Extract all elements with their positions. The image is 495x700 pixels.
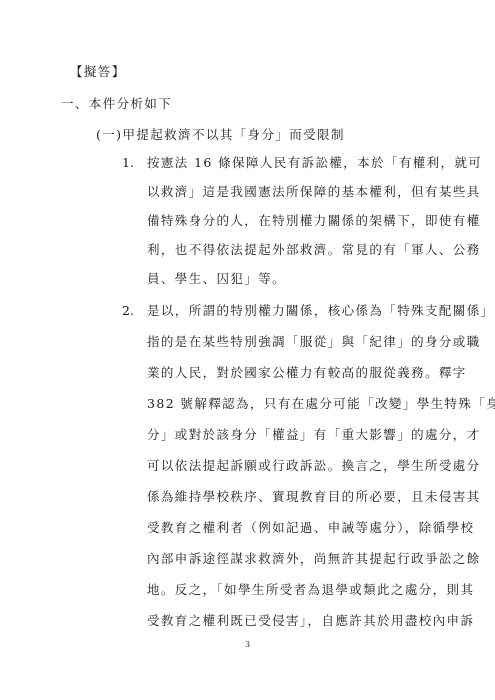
item-number: 2. <box>122 303 134 319</box>
paragraph-line: 地。反之，「如學生所受者為退學或類此之處分，則其 <box>147 582 474 598</box>
paragraph-line: 業的人民，對於國家公權力有較高的服從義務。釋字 <box>147 365 467 381</box>
paragraph-line: 分」或對於該身分「權益」有「重大影響」的處分，才 <box>147 427 481 443</box>
paragraph-line: 以救濟」這是我國憲法所保障的基本權利，但有某些具 <box>147 184 481 200</box>
page-number: 3 <box>245 640 250 650</box>
item-number: 1. <box>122 155 134 171</box>
paragraph-line: 受教育之權利者（例如記過、申誡等處分），除循學校 <box>147 520 474 536</box>
paragraph-line: 按憲法 16 條保障人民有訴訟權，本於「有權利，就可 <box>147 155 482 171</box>
paragraph-line: 受教育之權利既已受侵害」，自應許其於用盡校內申訴 <box>147 613 474 629</box>
section-heading: 一、本件分析如下 <box>61 96 172 112</box>
paragraph-line: 備特殊身分的人，在特別權力關係的架構下，即使有權 <box>147 213 481 229</box>
paragraph-line: 內部申訴途徑謀求救濟外，尚無許其提起行政爭訟之餘 <box>147 551 481 567</box>
paragraph-line: 可以依法提起訴願或行政訴訟。換言之，學生所受處分 <box>147 458 481 474</box>
paragraph-line: 係為維持學校秩序、實現教育目的所必要，且未侵害其 <box>147 489 481 505</box>
paragraph-line: 員、學生、囚犯」等。 <box>147 271 286 287</box>
subsection-heading: (一)甲提起救濟不以其「身分」而受限制 <box>96 127 345 143</box>
answer-heading: 【擬答】 <box>70 64 126 80</box>
paragraph-line: 利，也不得依法提起外部救濟。常見的有「軍人、公務 <box>147 242 481 258</box>
paragraph-line: 是以，所謂的特別權力關係，核心係為「特殊支配關係」 <box>147 303 495 319</box>
paragraph-line: 382 號解釋認為，只有在處分可能「改變」學生特殊「身 <box>147 396 495 412</box>
paragraph-line: 指的是在某些特別強調「服從」與「紀律」的身分或職 <box>147 334 481 350</box>
